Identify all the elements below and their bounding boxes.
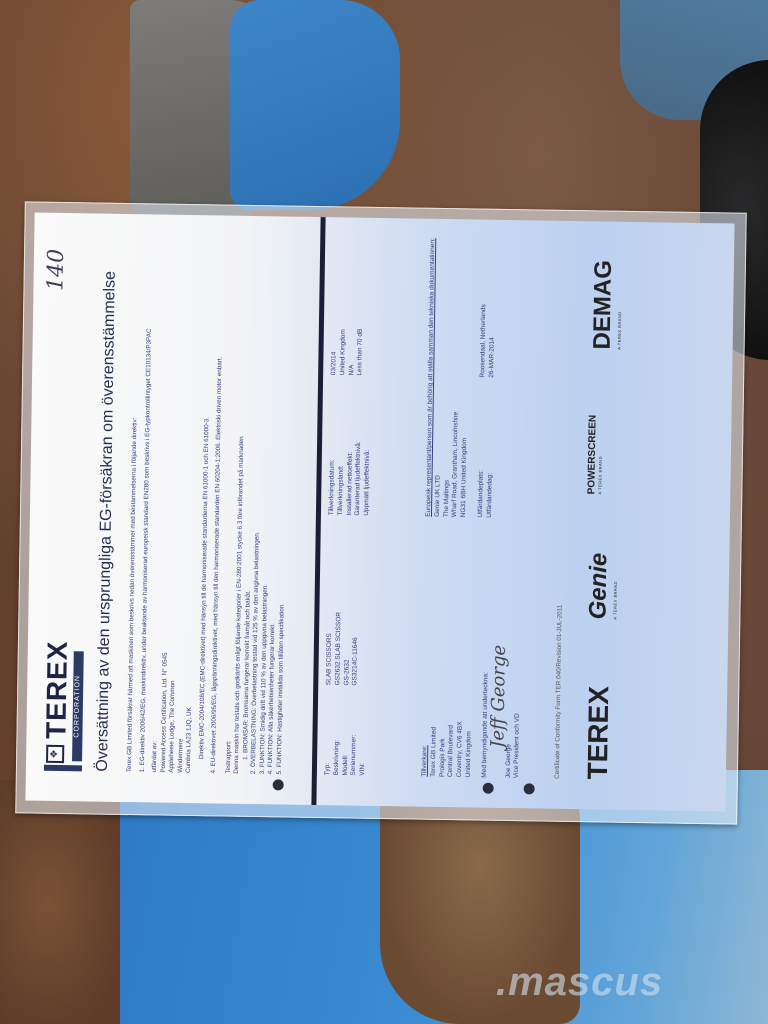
brand-demag: DEMAG A TEREX BRAND xyxy=(589,260,623,350)
punch-hole xyxy=(524,783,535,794)
spec-values-right: 03/2014 United Kingdom N/A Less than 70 … xyxy=(330,328,366,376)
spec-value: Less than 70 dB xyxy=(357,329,367,376)
logo-brand: TEREX xyxy=(40,640,74,739)
signature: Jeff George xyxy=(494,478,507,748)
brand-terex: TEREX xyxy=(582,686,615,780)
spec-label: Beskrivning: xyxy=(333,734,342,775)
punch-hole xyxy=(483,783,494,794)
separator-bar xyxy=(311,217,325,805)
mascus-watermark: .mascus xyxy=(496,960,663,1005)
brand-genie: Genie A TEREX BRAND xyxy=(584,553,618,620)
manufacturer: Tillverkare: Terex GB Limited Prologis P… xyxy=(421,721,475,778)
signature-block: Med bemyndigande att underteckna: Jeff G… xyxy=(481,478,527,779)
spec-label: VIN: xyxy=(359,735,368,776)
blue-paint-patch xyxy=(230,0,400,210)
brand-sub: A TEREX BRAND xyxy=(612,553,618,620)
document-content: ❖ TEREX CORPORATION 140 Översättning av … xyxy=(25,213,734,812)
brand-powerscreen: POWERSCREEN A TEREX BRAND xyxy=(586,415,603,495)
brand-name: Genie xyxy=(584,553,612,620)
brand-name: TEREX xyxy=(582,686,614,780)
certificate-page: ❖ TEREX CORPORATION 140 Översättning av … xyxy=(25,213,734,812)
spec-value: United Kingdom xyxy=(339,328,349,375)
spec-labels-right: Tillverkningsdatum: Tillverkningsland: I… xyxy=(328,441,373,516)
rust-patch-left xyxy=(0,780,120,1024)
form-footer: Certificate of Conformity Form TER 040/R… xyxy=(554,605,564,779)
machine-specs: Typ: Beskrivning: Modell: Serienummer: V… xyxy=(324,235,332,775)
spec-value: GS3214C-11646 xyxy=(352,612,362,685)
manufacturer-line: Terex GB Limited xyxy=(430,721,440,777)
handwritten-number: 140 xyxy=(43,249,69,291)
brand-sub: A TEREX BRAND xyxy=(617,260,623,349)
issue-date-value: 26-MAR-2014 xyxy=(488,337,497,378)
brand-logos: TEREX Genie A TEREX BRAND POWERSCREEN A … xyxy=(575,221,664,810)
punch-hole xyxy=(273,779,284,790)
document-title: Översättning av den ursprungliga EG-förs… xyxy=(94,213,121,772)
technical-representative: Europeisk representant/person som är beh… xyxy=(425,237,499,518)
spec-label: Typ: xyxy=(324,734,333,775)
brand-name: DEMAG xyxy=(589,260,617,350)
spec-values-left: SLAB SCISSORS GS2632 SLAB SCISSOR GS-263… xyxy=(325,612,361,686)
terex-mark-icon: ❖ xyxy=(46,745,64,763)
spec-labels-left: Typ: Beskrivning: Modell: Serienummer: V… xyxy=(324,734,369,776)
spec-label: Uppmätt ljudeffektnivå: xyxy=(363,441,373,515)
issue-place-label: Utfärdandeplats: xyxy=(477,470,485,518)
manufacturer-line: United Kingdom xyxy=(465,721,475,777)
manufacturer-section: Tillverkare: Terex GB Limited Prologis P… xyxy=(421,237,429,777)
logo-sub: CORPORATION xyxy=(72,651,84,761)
declaration-body: Terex GB Limited försäkrar härmed att ma… xyxy=(126,232,292,774)
